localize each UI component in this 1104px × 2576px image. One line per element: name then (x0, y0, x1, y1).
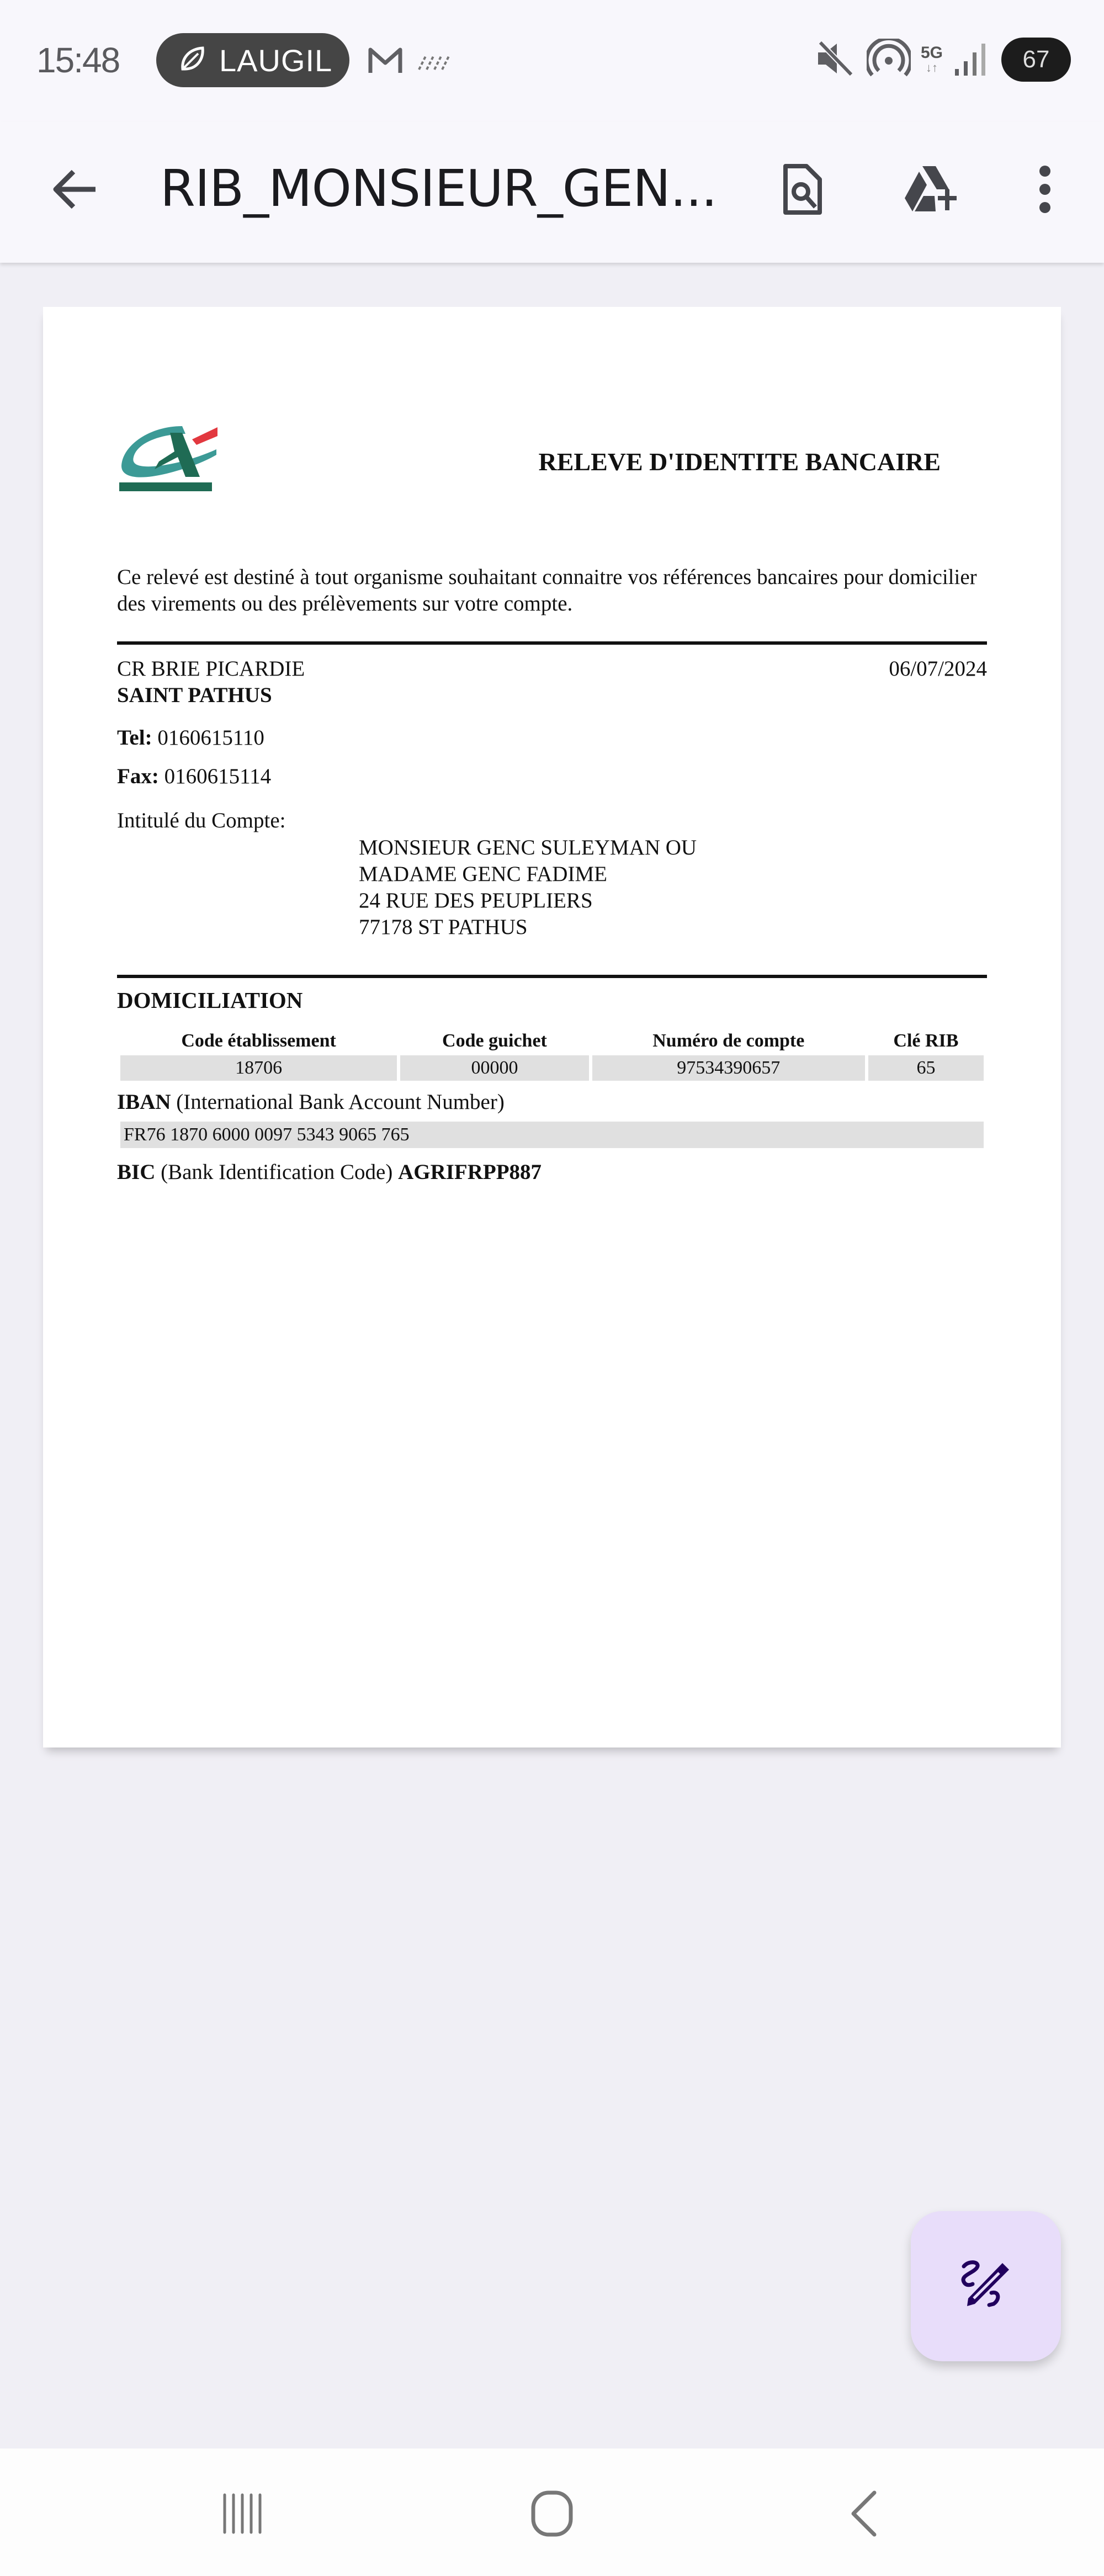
fax-value: 0160615114 (164, 764, 272, 788)
rib-table-header: Code établissement Code guichet Numéro d… (120, 1028, 984, 1054)
more-vertical-icon (1038, 164, 1052, 216)
more-options-button[interactable] (1009, 155, 1081, 226)
iban-description: (International Bank Account Number) (176, 1090, 505, 1114)
iban-value: FR76 1870 6000 0097 5343 9065 765 (120, 1122, 984, 1148)
signal-icon (953, 40, 991, 79)
header-numero-compte: Numéro de compte (592, 1028, 865, 1054)
hotspot-icon (867, 39, 911, 81)
holder-line: MONSIEUR GENC SULEYMAN OU (359, 835, 697, 861)
holder-line: MADAME GENC FADIME (359, 861, 697, 888)
code-guichet: 00000 (400, 1054, 589, 1081)
iban-label: IBAN (117, 1090, 171, 1114)
drive-add-icon (903, 163, 960, 218)
add-to-drive-button[interactable] (895, 155, 967, 226)
bic-label: BIC (117, 1160, 155, 1184)
system-nav-bar (0, 2448, 1104, 2576)
system-status-icons: 5G ↓↑ 67 (815, 38, 1071, 82)
tel-value: 0160615110 (157, 726, 264, 750)
back-nav-button[interactable] (829, 2487, 895, 2542)
numero-compte: 97534390657 (592, 1054, 865, 1081)
notification-pill-label: LAUGIL (219, 43, 332, 78)
dashes-icon (417, 53, 450, 74)
home-icon (526, 2490, 578, 2539)
bic-description: (Bank Identification Code) (161, 1160, 392, 1184)
search-in-document-button[interactable] (766, 155, 838, 226)
domiciliation-title: DOMICILIATION (117, 987, 302, 1013)
home-button[interactable] (519, 2487, 585, 2542)
divider (117, 641, 987, 645)
mute-icon (815, 39, 857, 80)
rib-table: Code établissement Code guichet Numéro d… (117, 1028, 987, 1081)
bic-line: BIC (Bank Identification Code) AGRIFRPP8… (117, 1160, 542, 1185)
account-title-label: Intitulé du Compte: (117, 808, 285, 833)
header-cle-rib: Clé RIB (868, 1028, 984, 1054)
code-etablissement: 18706 (120, 1054, 397, 1081)
recent-apps-button[interactable] (212, 2487, 278, 2542)
leaf-icon (178, 45, 207, 76)
tel-line: Tel: 0160615110 (117, 725, 264, 750)
intro-text: Ce relevé est destiné à tout organisme s… (117, 564, 987, 617)
document-heading: RELEVE D'IDENTITE BANCAIRE (117, 447, 987, 476)
header-code-etablissement: Code établissement (120, 1028, 397, 1054)
arrow-back-icon (51, 168, 98, 213)
bank-info: CR BRIE PICARDIE SAINT PATHUS (117, 656, 987, 709)
pdf-viewer[interactable]: RELEVE D'IDENTITE BANCAIRE Ce relevé est… (0, 263, 1104, 2448)
fax-label: Fax: (117, 764, 159, 788)
recents-icon (220, 2493, 270, 2537)
holder-line: 77178 ST PATHUS (359, 914, 697, 941)
notification-pill[interactable]: LAUGIL (156, 33, 349, 87)
status-time: 15:48 (36, 40, 119, 81)
bic-value: AGRIFRPP887 (398, 1160, 542, 1184)
back-button[interactable] (44, 160, 105, 221)
account-holder: MONSIEUR GENC SULEYMAN OU MADAME GENC FA… (359, 835, 697, 941)
iban-label-line: IBAN (International Bank Account Number) (117, 1090, 505, 1114)
divider (117, 975, 987, 978)
network-5g-icon: 5G ↓↑ (921, 45, 943, 75)
document-page: RELEVE D'IDENTITE BANCAIRE Ce relevé est… (43, 307, 1061, 1748)
tel-label: Tel: (117, 726, 152, 750)
file-search-icon (781, 162, 823, 219)
cle-rib: 65 (868, 1054, 984, 1081)
annotate-button[interactable] (911, 2211, 1061, 2361)
branch-name: SAINT PATHUS (117, 682, 987, 709)
status-bar: 15:48 LAUGIL 5G ↓↑ 67 (0, 0, 1104, 121)
annotate-pen-icon (958, 2259, 1013, 2314)
gmail-icon (367, 46, 404, 77)
header-code-guichet: Code guichet (400, 1028, 589, 1054)
bank-name: CR BRIE PICARDIE (117, 656, 987, 682)
back-chevron-icon (841, 2490, 883, 2539)
app-bar: RIB_MONSIEUR_GEN... (0, 121, 1104, 263)
document-date: 06/07/2024 (889, 656, 987, 682)
fax-line: Fax: 0160615114 (117, 764, 271, 789)
battery-icon: 67 (1001, 38, 1071, 82)
document-title: RIB_MONSIEUR_GEN... (160, 159, 717, 218)
table-row: 18706 00000 97534390657 65 (120, 1054, 984, 1081)
holder-line: 24 RUE DES PEUPLIERS (359, 888, 697, 914)
